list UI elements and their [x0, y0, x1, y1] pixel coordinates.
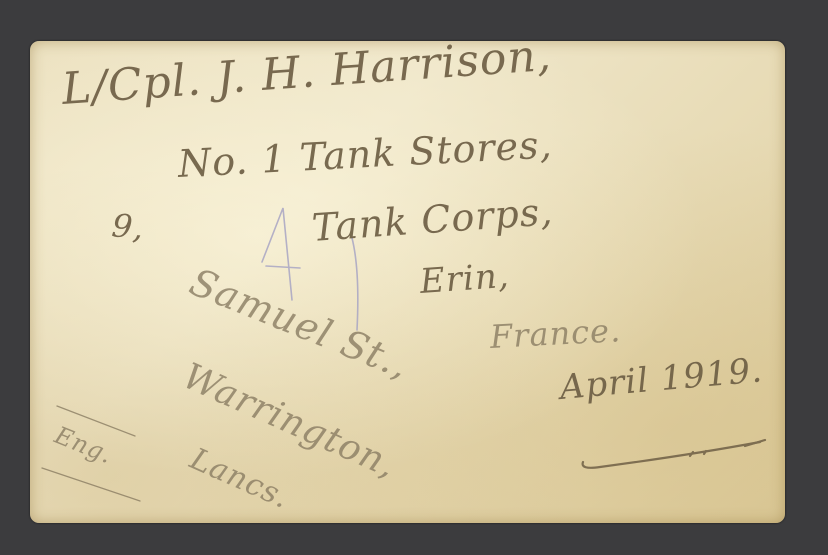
postcard [30, 41, 785, 523]
place-line: Erin, [419, 256, 511, 302]
home-number: 9, [110, 206, 146, 247]
country-line: France. [489, 311, 622, 356]
